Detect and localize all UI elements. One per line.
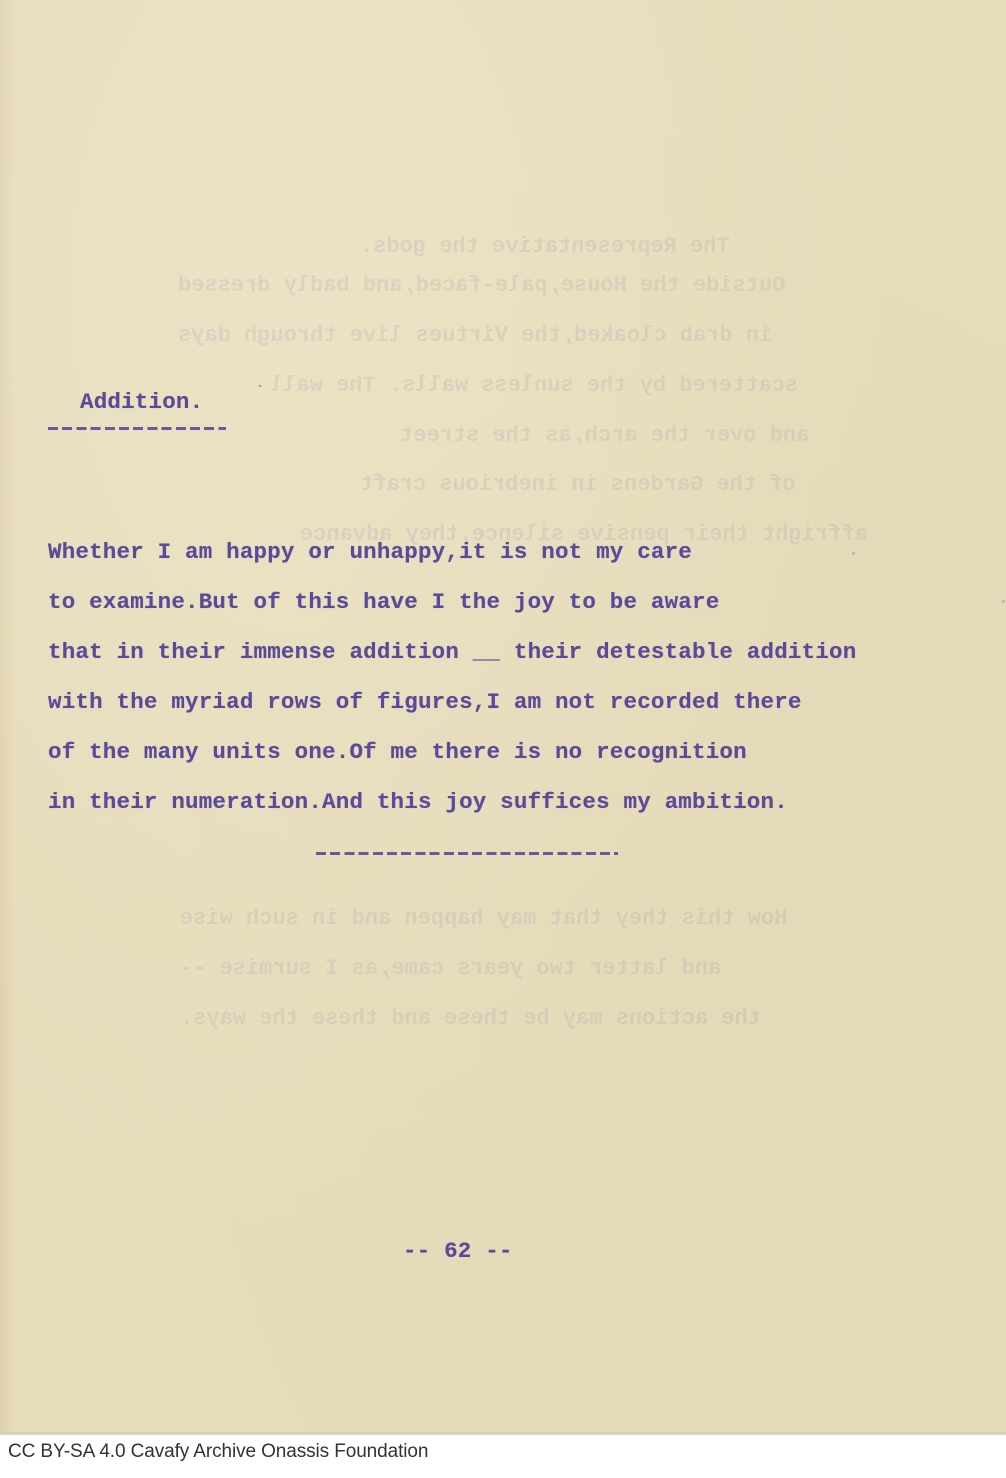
poem-title: Addition. [80,391,203,414]
poem-line-6: in their numeration.And this joy suffice… [48,791,788,814]
bleed-through-line: and over the arch,as the street [400,425,809,447]
paper-speck [852,552,855,555]
bleed-through-line: of the Gardens in inebrious craft [360,474,796,496]
document-viewer: The Representative the gods. Outside the… [0,0,1006,1478]
bleed-through-line: scattered by the sunless walls. The wall [270,375,798,397]
end-separator [316,852,618,855]
title-underline [48,427,226,430]
bleed-through-line: Outside the House,pale-faced,and badly d… [178,275,785,297]
paper-speck [1002,600,1005,603]
bleed-through-line: The Representative the gods. [360,236,730,258]
bleed-through-line: and latter two years came,as I surmise -… [180,958,721,980]
paper-edge [0,1432,1006,1435]
bleed-through-line: How this they that may happen and in suc… [180,908,787,930]
license-caption: CC BY-SA 4.0 Cavafy Archive Onassis Foun… [8,1441,428,1463]
bleed-through-line: the actions may be these and these the w… [180,1008,761,1030]
poem-line-5: of the many units one.Of me there is no … [48,741,747,764]
bleed-through-line: in drab cloaked,the Virtues live through… [178,325,772,347]
poem-line-3: that in their immense addition __ their … [48,641,856,664]
page-number: -- 62 -- [403,1240,513,1263]
title-stray-mark: ` [256,385,265,399]
typewritten-page: The Representative the gods. Outside the… [0,0,1006,1434]
poem-line-2: to examine.But of this have I the joy to… [48,591,719,614]
poem-line-4: with the myriad rows of figures,I am not… [48,691,802,714]
poem-line-1: Whether I am happy or unhappy,it is not … [48,541,692,564]
